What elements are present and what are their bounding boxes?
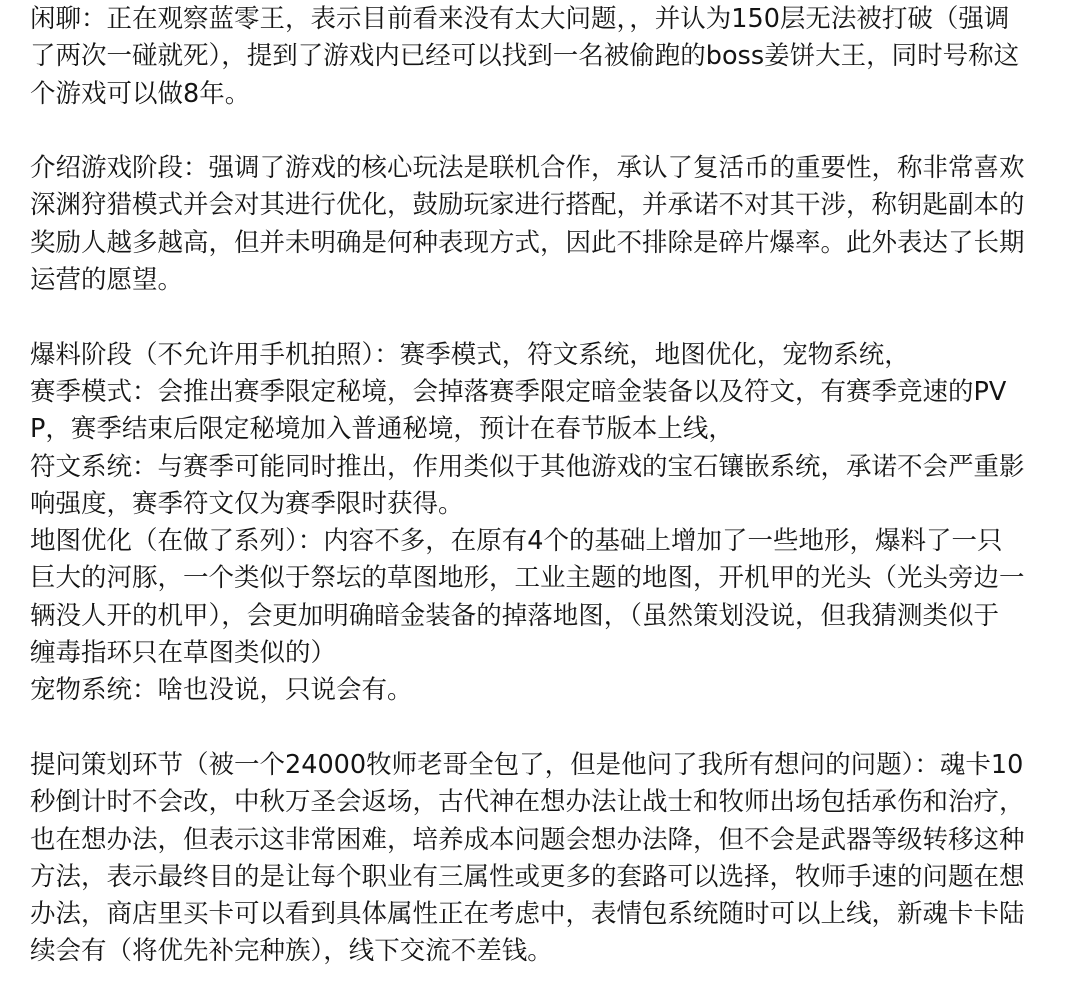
text-line: 响强度，赛季符文仅为赛季限时获得。 [30,486,1050,523]
text-line: 办法，商店里买卡可以看到具体属性正在考虑中，表情包系统随时可以上线，新魂卡卡陆 [30,896,1050,933]
text-line: 介绍游戏阶段：强调了游戏的核心玩法是联机合作，承认了复活币的重要性，称非常喜欢 [30,150,1050,187]
text-line: 辆没人开的机甲），会更加明确暗金装备的掉落地图，（虽然策划没说，但我猜测类似于 [30,598,1050,635]
text-line: 赛季模式：会推出赛季限定秘境，会掉落赛季限定暗金装备以及符文，有赛季竞速的PV [30,374,1050,411]
text-line: 深渊狩猎模式并会对其进行优化，鼓励玩家进行搭配，并承诺不对其干涉，称钥匙副本的 [30,187,1050,224]
text-line: 个游戏可以做8年。 [30,76,1050,113]
notes-page: 闲聊：正在观察蓝零王，表示目前看来没有太大问题，，并认为150层无法被打破（强调… [0,0,1080,995]
blank-line [30,299,1050,336]
blank-line [30,710,1050,747]
text-line: 方法，表示最终目的是让每个职业有三属性或更多的套路可以选择，牧师手速的问题在想 [30,859,1050,896]
text-line: P，赛季结束后限定秘境加入普通秘境，预计在春节版本上线， [30,411,1050,448]
text-line: 秒倒计时不会改，中秋万圣会返场，古代神在想办法让战士和牧师出场包括承伤和治疗， [30,784,1050,821]
text-line: 提问策划环节（被一个24000牧师老哥全包了，但是他问了我所有想问的问题）：魂卡… [30,747,1050,784]
text-line: 了两次一碰就死），提到了游戏内已经可以找到一名被偷跑的boss姜饼大王，同时号称… [30,38,1050,75]
text-line: 闲聊：正在观察蓝零王，表示目前看来没有太大问题，，并认为150层无法被打破（强调 [30,1,1050,38]
text-line: 也在想办法，但表示这非常困难，培养成本问题会想办法降，但不会是武器等级转移这种 [30,822,1050,859]
notes-text-block: 闲聊：正在观察蓝零王，表示目前看来没有太大问题，，并认为150层无法被打破（强调… [30,1,1050,971]
text-line: 缠毒指环只在草图类似的） [30,635,1050,672]
text-line: 宠物系统：啥也没说，只说会有。 [30,672,1050,709]
text-line: 巨大的河豚，一个类似于祭坛的草图地形，工业主题的地图，开机甲的光头（光头旁边一 [30,560,1050,597]
text-line: 地图优化（在做了系列）：内容不多，在原有4个的基础上增加了一些地形，爆料了一只 [30,523,1050,560]
text-line: 续会有（将优先补完种族），线下交流不差钱。 [30,933,1050,970]
text-line: 爆料阶段（不允许用手机拍照）：赛季模式，符文系统，地图优化，宠物系统， [30,337,1050,374]
text-line: 奖励人越多越高，但并未明确是何种表现方式，因此不排除是碎片爆率。此外表达了长期 [30,225,1050,262]
text-line: 符文系统：与赛季可能同时推出，作用类似于其他游戏的宝石镶嵌系统，承诺不会严重影 [30,449,1050,486]
blank-line [30,113,1050,150]
text-line: 运营的愿望。 [30,262,1050,299]
